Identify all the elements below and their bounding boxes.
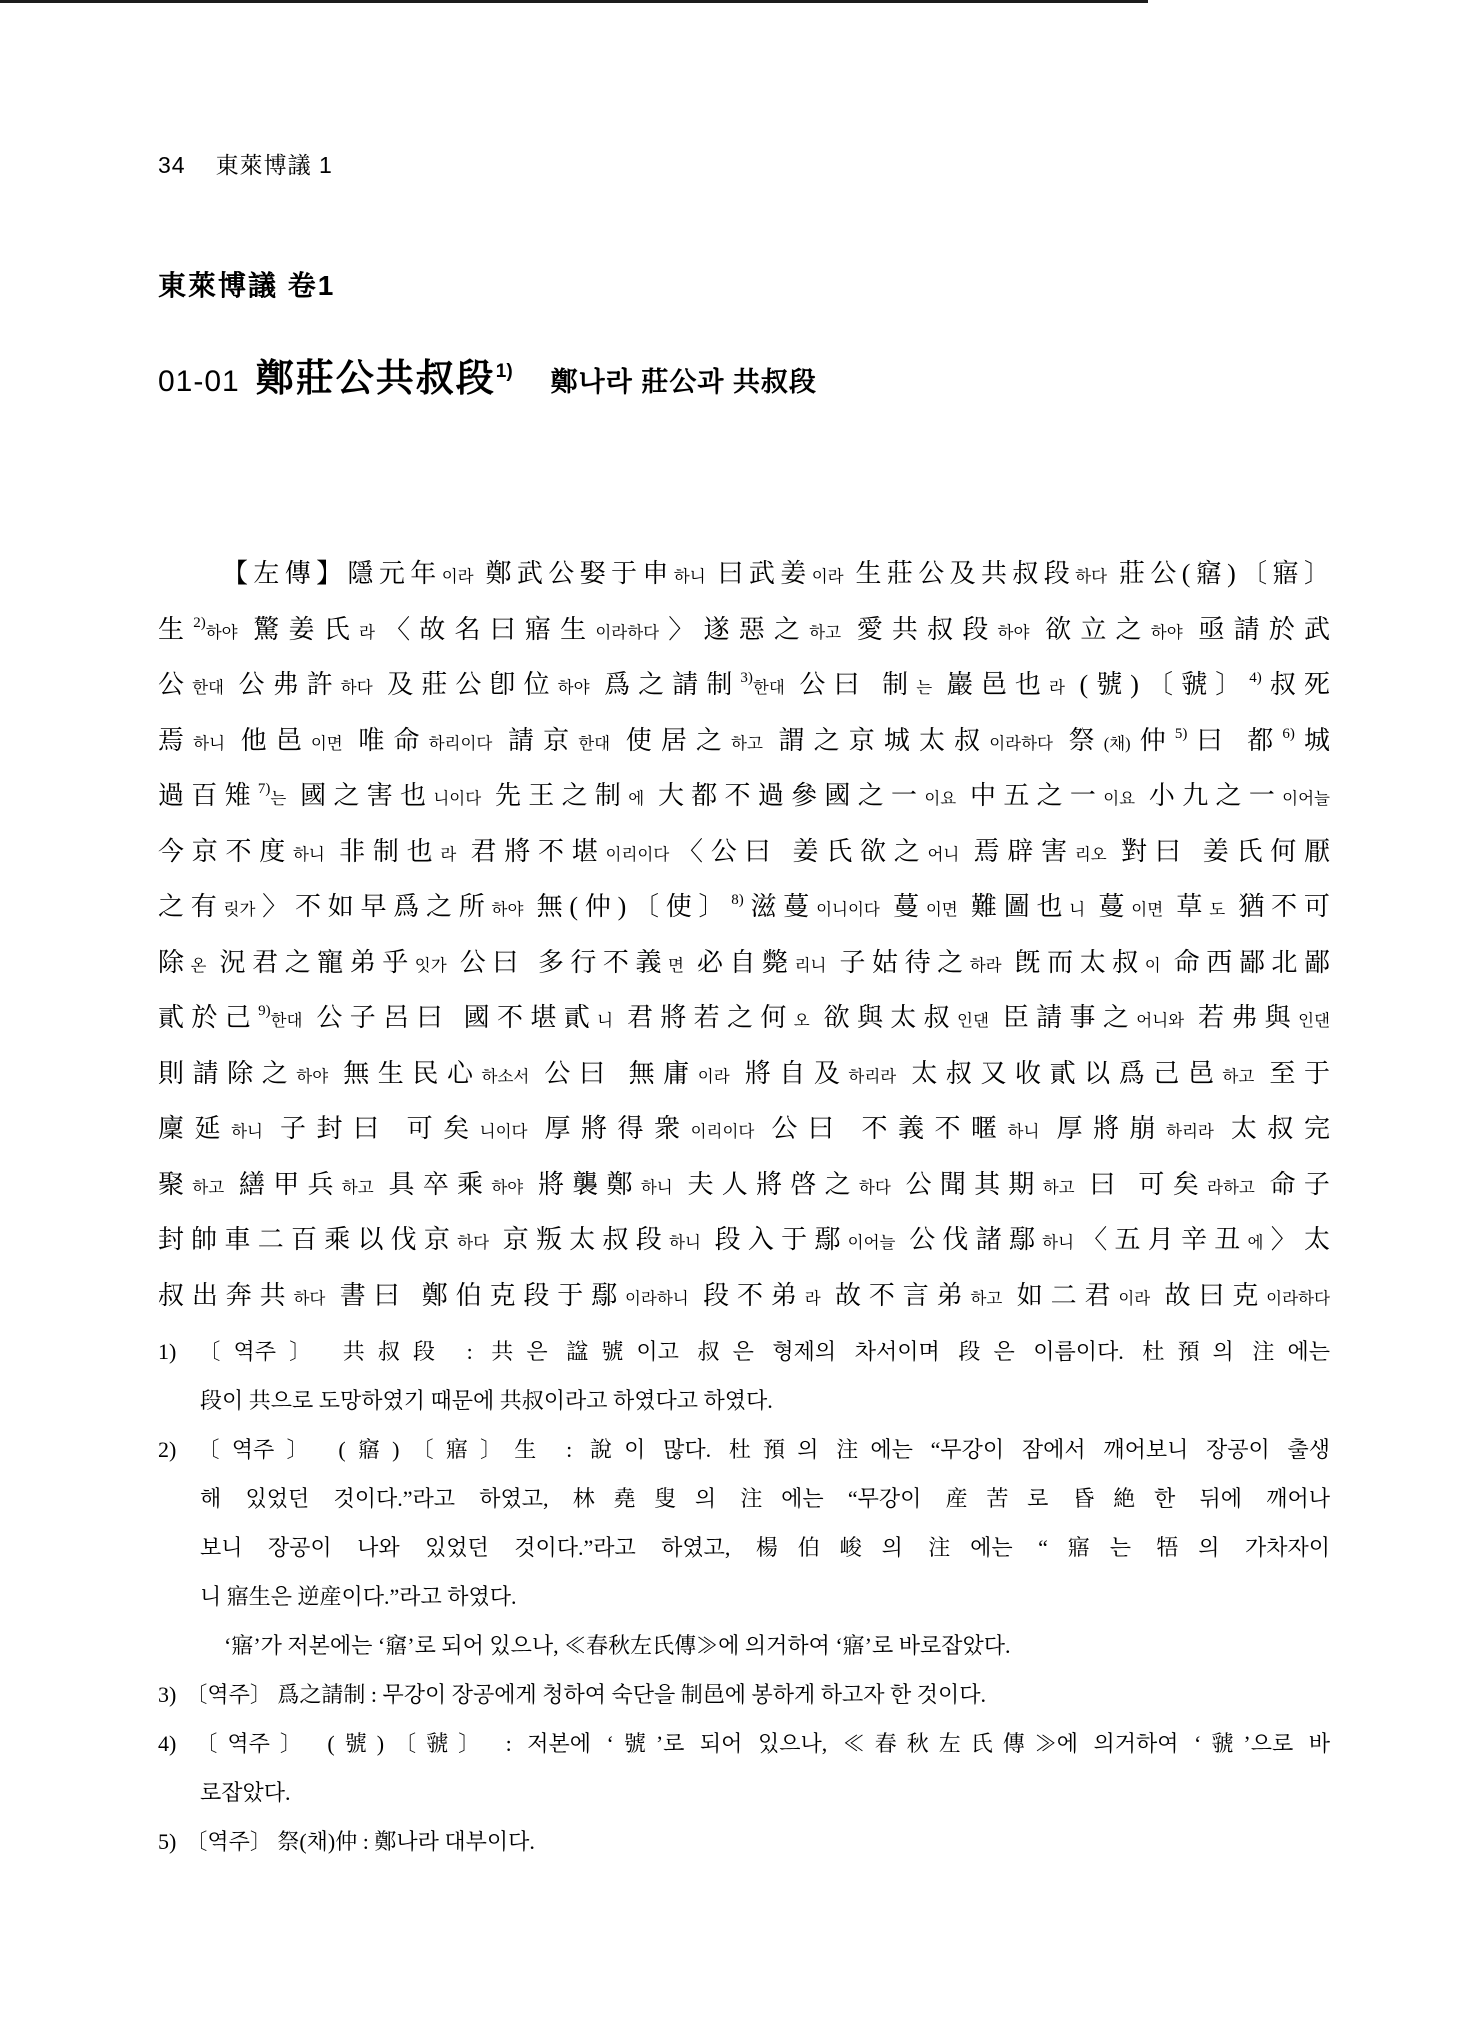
kugyeol-annotation: 이면 [1131, 900, 1163, 919]
kugyeol-annotation: 인댄 [1298, 1011, 1330, 1030]
footnote-number: 3) [158, 1682, 176, 1707]
hanja-run: 巖邑也 [932, 670, 1049, 699]
hanja-run: 具卒乘 [374, 1170, 492, 1199]
kugyeol-annotation: 하야 [206, 623, 238, 642]
hanja-run: 他邑 [225, 726, 311, 755]
kugyeol-annotation: 하다 [1075, 567, 1107, 586]
kugyeol-annotation: 하리라 [848, 1067, 896, 1086]
footnote-item: 1)〔역주〕 共叔段 : 共은 諡號이고 叔은 형제의 차서이며 段은 이름이다… [158, 1327, 1330, 1425]
footnote-number: 5) [158, 1829, 176, 1854]
footnotes: 1)〔역주〕 共叔段 : 共은 諡號이고 叔은 형제의 차서이며 段은 이름이다… [158, 1327, 1330, 1866]
hanja-run: 無(仲)〔使〕 [523, 892, 731, 921]
footnote-line: ‘寤’가 저본에는 ‘窹’로 되어 있으나, ≪春秋左氏傳≫에 의거하여 ‘寤’… [224, 1633, 1011, 1658]
kugyeol-annotation: 이라 [442, 567, 474, 586]
hanja-run: 曰 可矣 [1075, 1170, 1207, 1199]
kugyeol-annotation: 하리이다 [429, 734, 493, 753]
hanja-run: 至于 [1254, 1059, 1330, 1088]
kugyeol-annotation: 리오 [1075, 845, 1107, 864]
hanja-run: 故不言弟 [821, 1281, 971, 1310]
kugyeol-annotation: 하고 [731, 734, 763, 753]
text-line: 過百雉7)는 國之害也니이다 先王之制에 大都不過參國之一이요 中五之一이요 小… [158, 768, 1330, 824]
kugyeol-annotation: 니이다 [480, 1122, 528, 1141]
footnote-item: 5)〔역주〕 祭(채)仲 : 鄭나라 대부이다. [158, 1817, 1330, 1866]
hanja-run: 愛共叔段 [841, 615, 998, 644]
hanja-run: 君將不堪 [456, 837, 605, 866]
kugyeol-annotation: 이니이다 [816, 900, 880, 919]
kugyeol-annotation: 도 [1209, 900, 1225, 919]
hanja-run: 蔓 [1085, 892, 1131, 921]
kugyeol-annotation: 어니와 [1136, 1011, 1184, 1030]
kugyeol-annotation: 이 [1145, 956, 1161, 975]
article-title: 01-01鄭莊公共叔段1)鄭나라 莊公과 共叔段 [158, 354, 1330, 412]
hanja-run: 必自斃 [684, 948, 795, 977]
kugyeol-annotation: 라 [1049, 678, 1065, 697]
article-number: 01-01 [158, 365, 240, 398]
footnote-line: 〔역주〕 共叔段 : 共은 諡號이고 叔은 형제의 차서이며 段은 이름이다. … [185, 1339, 1330, 1364]
hanja-run: 公曰 不義不暱 [754, 1114, 1007, 1143]
kugyeol-annotation: 릿가 [224, 900, 256, 919]
kugyeol-annotation: 하야 [491, 1178, 523, 1197]
kugyeol-annotation: 이리이다 [691, 1122, 755, 1141]
kugyeol-annotation: 하고 [192, 1178, 224, 1197]
kugyeol-annotation: 한대 [753, 678, 785, 697]
footnote-item: 3)〔역주〕 爲之請制 : 무강이 장공에게 청하여 숙단을 制邑에 봉하게 하… [158, 1670, 1330, 1719]
hanja-run: 子姑待之 [826, 948, 969, 977]
hanja-run: 如二君 [1002, 1281, 1118, 1310]
footnote-ref: 4) [1249, 670, 1262, 686]
footnote-ref: 2) [193, 615, 206, 631]
hanja-run: 無生民心 [328, 1059, 481, 1088]
hanja-run: 欲與太叔 [810, 1003, 957, 1032]
hanja-run: 〉不如早爲之所 [255, 892, 491, 921]
kugyeol-annotation: 에 [628, 789, 644, 808]
kugyeol-annotation: 하니 [674, 567, 706, 586]
kugyeol-annotation: 이라하다 [595, 623, 659, 642]
kugyeol-annotation: 잇가 [415, 956, 447, 975]
footnote-number: 1) [158, 1339, 176, 1364]
kugyeol-annotation: 하야 [998, 623, 1030, 642]
text-line: 生2)하야 驚姜氏라〈故名曰寤生이라하다〉遂惡之하고 愛共叔段하야 欲立之하야 … [158, 602, 1330, 658]
kugyeol-annotation: 하야 [558, 678, 590, 697]
kugyeol-annotation: 하라 [970, 956, 1002, 975]
hanja-run: 使居之 [610, 726, 731, 755]
hanja-run: 公伐諸鄢 [895, 1225, 1042, 1254]
footnote-item: 4)〔역주〕 (號)〔虢〕 : 저본에 ‘號’로 되어 있으나, ≪春秋左氏傳≫… [158, 1719, 1330, 1817]
hanja-run: 況君之寵弟乎 [207, 948, 415, 977]
hanja-run: 除 [158, 948, 191, 977]
text-line: 貳於己9)한대 公子呂曰 國不堪貳니 君將若之何오 欲與太叔인댄 臣請事之어니와… [158, 990, 1330, 1046]
hanja-run: 〉太 [1263, 1225, 1329, 1254]
kugyeol-annotation: 하야 [492, 900, 524, 919]
hanja-run: 中五之一 [956, 781, 1103, 810]
hanja-run: 曰武姜 [706, 559, 812, 588]
hanja-run: 厚將崩 [1039, 1114, 1166, 1143]
kugyeol-annotation: 니 [1069, 900, 1085, 919]
kugyeol-annotation: 이어늘 [848, 1233, 896, 1252]
kugyeol-annotation: 라 [440, 845, 456, 864]
hanja-run: 聚 [158, 1170, 192, 1199]
hanja-run: 〉遂惡之 [659, 615, 809, 644]
hanja-run: 公曰 制 [785, 670, 916, 699]
kugyeol-annotation: 온 [191, 956, 207, 975]
text-line: 除온 況君之寵弟乎잇가 公曰 多行不義면 必自斃리니 子姑待之하라 旣而太叔이 … [158, 935, 1330, 991]
footnote-ref: 3) [740, 670, 753, 686]
hanja-run: 子封曰 可矣 [263, 1114, 480, 1143]
hanja-run: 曰 都 [1187, 726, 1282, 755]
hanja-run: 封帥車二百乘以伐京 [158, 1225, 457, 1254]
footnote-line: 〔역주〕 爲之請制 : 무강이 장공에게 청하여 숙단을 制邑에 봉하게 하고자… [185, 1682, 986, 1707]
hanja-run: 今京不度 [158, 837, 293, 866]
hanja-run: 叔死 [1262, 670, 1330, 699]
hanja-run: 段入于鄢 [701, 1225, 848, 1254]
hanja-run: 請京 [492, 726, 578, 755]
hanja-run: 公曰 多行不義 [447, 948, 668, 977]
kugyeol-annotation: 니 [597, 1011, 613, 1030]
hanja-run: 國之害也 [286, 781, 433, 810]
hanja-run: 廩延 [158, 1114, 231, 1143]
scan-artifact-line [0, 0, 1148, 3]
footnote-number: 4) [158, 1731, 176, 1756]
main-text: 【左傳】隱元年이라 鄭武公娶于申하니 曰武姜이라 生莊公及共叔段하다 莊公(窹)… [158, 546, 1330, 1323]
kugyeol-annotation: 라 [359, 623, 375, 642]
hanja-run: 則請除之 [158, 1059, 296, 1088]
text-line: 封帥車二百乘以伐京하다 京叛太叔段하니 段入于鄢이어늘 公伐諸鄢하니〈五月辛丑에… [158, 1212, 1330, 1268]
text-line: 【左傳】隱元年이라 鄭武公娶于申하니 曰武姜이라 生莊公及共叔段하다 莊公(窹)… [158, 546, 1330, 602]
hanja-run: 〈五月辛丑 [1074, 1225, 1247, 1254]
kugyeol-annotation: 이요 [1103, 789, 1135, 808]
kugyeol-annotation: 하리라 [1166, 1122, 1214, 1141]
hanja-run: 京叛太叔段 [489, 1225, 669, 1254]
hanja-run: 爲之請制 [590, 670, 741, 699]
reading-annotation: (채) [1104, 734, 1131, 753]
hanja-run: 亟請於武 [1183, 615, 1330, 644]
hanja-run: 〈故名曰寤生 [375, 615, 595, 644]
kugyeol-annotation: 에 [1248, 1233, 1264, 1252]
hanja-run: 鄭武公娶于申 [474, 559, 674, 588]
text-line: 今京不度하니 非制也라 君將不堪이리이다〈公曰 姜氏欲之어니 焉辟害리오 對曰 … [158, 824, 1330, 880]
hanja-run: (號)〔虢〕 [1065, 670, 1249, 699]
hanja-run: 段不弟 [689, 1281, 805, 1310]
kugyeol-annotation: 하니 [669, 1233, 701, 1252]
kugyeol-annotation: 한대 [271, 1011, 303, 1030]
footnote-line: 〔역주〕 (號)〔虢〕 : 저본에 ‘號’로 되어 있으나, ≪春秋左氏傳≫에 … [185, 1731, 1330, 1756]
text-line: 廩延하니 子封曰 可矣니이다 厚將得衆이리이다 公曰 不義不暱하니 厚將崩하리라… [158, 1101, 1330, 1157]
hanja-run: 臣請事之 [989, 1003, 1136, 1032]
footnote-line: 해 있었던 것이다.”라고 하였고, 林堯叟의 注에는 “무강이 産苦로 昏絶한… [200, 1486, 1330, 1511]
hanja-run: 難圖也 [958, 892, 1070, 921]
hanja-run: 公弗許 [224, 670, 341, 699]
kugyeol-annotation: 하니 [1008, 1122, 1040, 1141]
hanja-run: 厚將得衆 [527, 1114, 690, 1143]
hanja-run: 貳於己 [158, 1003, 258, 1032]
hanja-run: 過百雉 [158, 781, 258, 810]
hanja-run: 生莊公及共叔段 [844, 559, 1076, 588]
hanja-run: 公 [158, 670, 192, 699]
kugyeol-annotation: 리니 [795, 956, 827, 975]
kugyeol-annotation: 하고 [1043, 1178, 1075, 1197]
kugyeol-annotation: 니이다 [433, 789, 481, 808]
text-line: 則請除之하야 無生民心하소서 公曰 無庸이라 將自及하리라 太叔又收貳以爲己邑하… [158, 1046, 1330, 1102]
title-footnote-ref: 1) [496, 361, 513, 382]
kugyeol-annotation: 하니 [293, 845, 325, 864]
hanja-run: 城 [1295, 726, 1330, 755]
kugyeol-annotation: 하다 [293, 1289, 325, 1308]
text-line: 聚하고 繕甲兵하고 具卒乘하야 將襲鄭하니 夫人將啓之하다 公聞其期하고 曰 可… [158, 1157, 1330, 1213]
footnote-ref: 7) [258, 781, 271, 797]
hanja-run: 小九之一 [1135, 781, 1282, 810]
kugyeol-annotation: 이요 [924, 789, 956, 808]
page-number: 34 [158, 152, 186, 178]
kugyeol-annotation: 는 [916, 678, 932, 697]
hanja-run: 莊公(窹)〔寤〕 [1107, 559, 1330, 588]
volume-heading: 東萊博議 卷1 [158, 268, 1330, 304]
kugyeol-annotation: 어니 [927, 845, 959, 864]
hanja-run: 欲立之 [1029, 615, 1150, 644]
kugyeol-annotation: 이라 [812, 567, 844, 586]
hanja-run: 仲 [1131, 726, 1175, 755]
kugyeol-annotation: 한대 [192, 678, 224, 697]
footnote-ref: 9) [258, 1003, 271, 1019]
kugyeol-annotation: 이라하니 [625, 1289, 689, 1308]
kugyeol-annotation: 하니 [641, 1178, 673, 1197]
hanja-run: 非制也 [325, 837, 440, 866]
footnote-ref: 6) [1282, 726, 1295, 742]
kugyeol-annotation: 이면 [311, 734, 343, 753]
footnote-item: 2)〔역주〕 (窹)〔寤〕生 : 說이 많다. 杜預의 注에는 “무강이 잠에서… [158, 1425, 1330, 1670]
kugyeol-annotation: 라하고 [1207, 1178, 1255, 1197]
hanja-run: 對曰 姜氏何厭 [1107, 837, 1330, 866]
hanja-run: 公聞其期 [891, 1170, 1043, 1199]
kugyeol-annotation: 하소서 [482, 1067, 530, 1086]
kugyeol-annotation: 하다 [341, 678, 373, 697]
kugyeol-annotation: 하다 [457, 1233, 489, 1252]
kugyeol-annotation: 이라 [698, 1067, 730, 1086]
hanja-run: 太叔完 [1214, 1114, 1330, 1143]
hanja-run: 及莊公卽位 [373, 670, 558, 699]
footnote-line: 〔역주〕 祭(채)仲 : 鄭나라 대부이다. [185, 1829, 535, 1854]
hanja-run: 將自及 [730, 1059, 849, 1088]
hanja-run: 公曰 無庸 [529, 1059, 697, 1088]
kugyeol-annotation: 이라 [1118, 1289, 1150, 1308]
hanja-run: 〈公曰 姜氏欲之 [669, 837, 927, 866]
kugyeol-annotation: 하니 [1042, 1233, 1074, 1252]
hanja-run: 草 [1163, 892, 1209, 921]
hanja-run: 繕甲兵 [224, 1170, 342, 1199]
running-header-title: 東萊博議 1 [216, 152, 333, 178]
hanja-run: 之有 [158, 892, 224, 921]
kugyeol-annotation: 하다 [859, 1178, 891, 1197]
kugyeol-annotation: 면 [668, 956, 684, 975]
footnote-line: 段이 共으로 도망하였기 때문에 共叔이라고 하였다고 하였다. [200, 1388, 773, 1413]
kugyeol-annotation: 이리이다 [606, 845, 670, 864]
hanja-run: 焉 [158, 726, 193, 755]
hanja-run: 【左傳】隱元年 [222, 559, 442, 588]
book-page: 34東萊博議 1 東萊博議 卷1 01-01鄭莊公共叔段1)鄭나라 莊公과 共叔… [0, 0, 1478, 2023]
hanja-run: 旣而太叔 [1002, 948, 1145, 977]
hanja-run: 滋蔓 [744, 892, 816, 921]
hanja-run: 唯命 [343, 726, 429, 755]
hanja-run: 謂之京城太叔 [763, 726, 989, 755]
kugyeol-annotation: 하니 [231, 1122, 263, 1141]
hanja-run: 公子呂曰 國不堪貳 [302, 1003, 597, 1032]
kugyeol-annotation: 이라하다 [1266, 1289, 1330, 1308]
kugyeol-annotation: 한대 [578, 734, 610, 753]
hanja-run: 命子 [1255, 1170, 1330, 1199]
hanja-run: 若弗與 [1184, 1003, 1298, 1032]
hanja-run: 祭 [1053, 726, 1104, 755]
kugyeol-annotation: 하야 [1151, 623, 1183, 642]
hanja-run: 叔出奔共 [158, 1281, 293, 1310]
kugyeol-annotation: 하니 [193, 734, 225, 753]
kugyeol-annotation: 인댄 [957, 1011, 989, 1030]
text-line: 之有릿가〉不如早爲之所하야 無(仲)〔使〕8)滋蔓이니이다 蔓이면 難圖也니 蔓… [158, 879, 1330, 935]
hanja-run: 先王之制 [481, 781, 628, 810]
hanja-run: 書曰 鄭伯克段于鄢 [325, 1281, 625, 1310]
article-title-korean: 鄭나라 莊公과 共叔段 [551, 367, 817, 397]
footnote-ref: 5) [1175, 726, 1188, 742]
text-line: 叔出奔共하다 書曰 鄭伯克段于鄢이라하니 段不弟라 故不言弟하고 如二君이라 故… [158, 1268, 1330, 1324]
footnote-line: 보니 장공이 나와 있었던 것이다.”라고 하였고, 楊伯峻의 注에는 “寤는 … [200, 1535, 1330, 1560]
text-line: 公한대 公弗許하다 及莊公卽位하야 爲之請制3)한대 公曰 制는 巖邑也라 (號… [158, 657, 1330, 713]
kugyeol-annotation: 이라하다 [989, 734, 1053, 753]
article-title-hanja: 鄭莊公共叔段 [256, 358, 496, 400]
hanja-run: 將襲鄭 [523, 1170, 641, 1199]
kugyeol-annotation: 하야 [296, 1067, 328, 1086]
hanja-run: 驚姜氏 [238, 615, 359, 644]
hanja-run: 蔓 [880, 892, 926, 921]
kugyeol-annotation: 는 [270, 789, 286, 808]
kugyeol-annotation: 라 [805, 1289, 821, 1308]
hanja-run: 焉辟害 [959, 837, 1074, 866]
hanja-run: 大都不過參國之一 [644, 781, 924, 810]
kugyeol-annotation: 이면 [926, 900, 958, 919]
hanja-run: 夫人將啓之 [673, 1170, 859, 1199]
hanja-run: 命西鄙北鄙 [1161, 948, 1330, 977]
footnote-line: 〔역주〕 (窹)〔寤〕生 : 說이 많다. 杜預의 注에는 “무강이 잠에서 깨… [185, 1437, 1330, 1462]
hanja-run: 太叔又收貳以爲己邑 [896, 1059, 1222, 1088]
hanja-run: 故曰克 [1150, 1281, 1266, 1310]
running-header: 34東萊博議 1 [158, 150, 1330, 180]
kugyeol-annotation: 하고 [342, 1178, 374, 1197]
hanja-run: 君將若之何 [613, 1003, 794, 1032]
kugyeol-annotation: 하고 [1222, 1067, 1254, 1086]
text-line: 焉하니 他邑이면 唯命하리이다 請京한대 使居之하고 謂之京城太叔이라하다 祭(… [158, 713, 1330, 769]
footnote-ref: 8) [731, 892, 744, 908]
footnote-line: 로잡았다. [200, 1780, 291, 1805]
hanja-run: 生 [158, 615, 193, 644]
kugyeol-annotation: 하고 [970, 1289, 1002, 1308]
kugyeol-annotation: 이어늘 [1282, 789, 1330, 808]
hanja-run: 猶不可 [1225, 892, 1330, 921]
footnote-line: 니 寤生은 逆産이다.”라고 하였다. [200, 1584, 517, 1609]
kugyeol-annotation: 오 [794, 1011, 810, 1030]
footnote-number: 2) [158, 1437, 176, 1462]
kugyeol-annotation: 하고 [809, 623, 841, 642]
